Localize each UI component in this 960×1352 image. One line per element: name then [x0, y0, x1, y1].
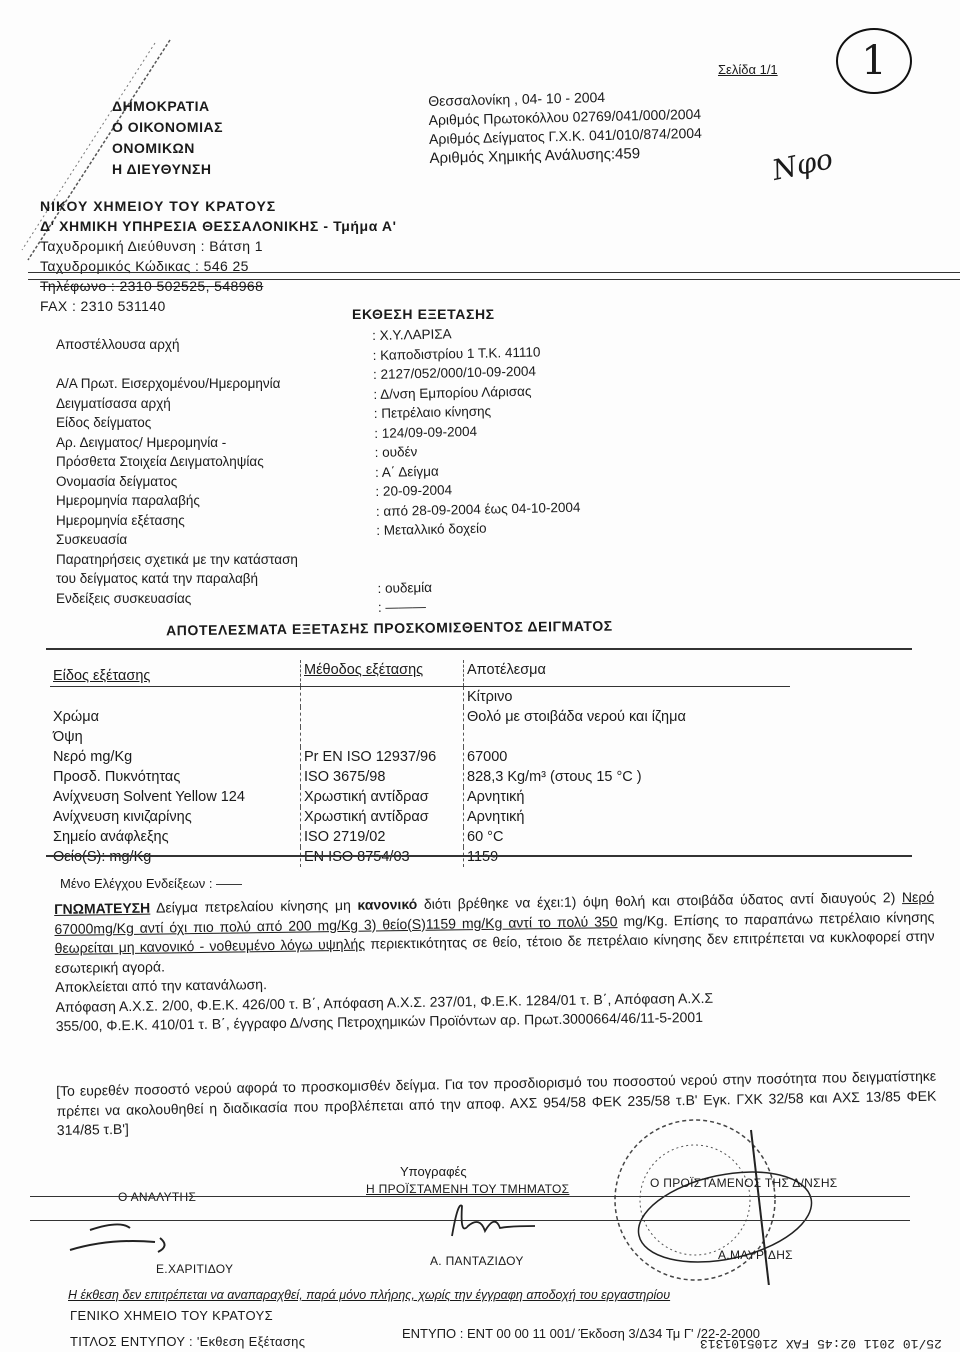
- table-row: Θείο(S): mg/KgEN ISO 8754/031159: [50, 847, 790, 867]
- head-dept-name: Α. ΠΑΝΤΑΖΙΔΟΥ: [430, 1254, 524, 1268]
- reference-block: Θεσσαλονίκη , 04- 10 - 2004 Αριθμός Πρωτ…: [428, 86, 702, 168]
- field-label: Αποστέλλουσα αρχή: [56, 335, 298, 355]
- field-label: Είδος δείγματος: [56, 413, 298, 433]
- head-dept-signature: [440, 1196, 560, 1246]
- field-labels: Αποστέλλουσα αρχή Α/Α Πρωτ. Εισερχομένου…: [56, 335, 298, 608]
- method-cell: Χρωστική αντίδρασ: [301, 787, 464, 807]
- test-type-cell: Προσδ. Πυκνότητας: [50, 767, 301, 787]
- analyst-name: Ε.ΧΑΡΙΤΙΔΟΥ: [156, 1262, 233, 1276]
- results-table: Είδος εξέτασης Μέθοδος εξέτασης Αποτέλεσ…: [50, 660, 790, 867]
- field-value: [376, 536, 581, 578]
- field-label: του δείγματος κατά την παραλαβή: [56, 569, 298, 589]
- table-row: Σημείο ανάφλεξηςISO 2719/0260 °C: [50, 827, 790, 847]
- table-row: Νερό mg/KgPr EN ISO 12937/9667000: [50, 747, 790, 767]
- header-strike-rule: [28, 279, 960, 280]
- phone-value: 2310 502525, 548968: [119, 278, 263, 294]
- field-label: Πρόσθετα Στοιχεία Δειγματοληψίας: [56, 452, 298, 472]
- header-method: Μέθοδος εξέτασης: [301, 660, 464, 687]
- table-row: Ανίχνευση κινιζαρίνηςΧρωστική αντίδρασΑρ…: [50, 807, 790, 827]
- phone-label: Τηλέφωνο :: [40, 278, 115, 294]
- table-row: Όψη: [50, 727, 790, 747]
- indicator-control: Μένο Ελέγχου Ενδείξεων : ——: [60, 876, 242, 891]
- fax-stamp: 25/10 2011 02:45 FAX 2105101313: [700, 1336, 942, 1351]
- field-values: : Χ.Υ.ΛΑΡΙΣΑ : Καποδιστρίου 1 Τ.Κ. 41110…: [372, 322, 583, 618]
- method-cell: EN ISO 8754/03: [301, 847, 464, 867]
- letterhead-line: ΟΝΟΜΙΚΩΝ: [112, 138, 223, 159]
- handwritten-number: 1: [861, 38, 886, 84]
- test-type-cell: Θείο(S): mg/Kg: [50, 847, 301, 867]
- handwritten-note: Νφο: [769, 142, 835, 187]
- field-label: [56, 355, 298, 375]
- reproduction-disclaimer: Η έκθεση δεν επιτρέπεται να αναπαραχθεί,…: [68, 1288, 670, 1302]
- test-type-cell: Σημείο ανάφλεξης: [50, 827, 301, 847]
- test-type-cell: Νερό mg/Kg: [50, 747, 301, 767]
- method-cell: [301, 707, 464, 727]
- director-role: Ο ΠΡΟΪΣΤΑΜΕΝΟΣ ΤΗΣ Δ/ΝΣΗΣ: [650, 1176, 838, 1190]
- footer-org: ΓΕΝΙΚΟ ΧΗΜΕΙΟ ΤΟΥ ΚΡΑΤΟΥΣ: [70, 1308, 273, 1323]
- agency-name: ΝΙΚΟΥ ΧΗΜΕΙΟΥ ΤΟΥ ΚΡΑΤΟΥΣ: [40, 196, 397, 216]
- address-value: Βάτση 1: [209, 238, 263, 254]
- field-label: Α/Α Πρωτ. Εισερχομένου/Ημερομηνία: [56, 374, 298, 394]
- opinion-text: Δείγμα πετρελαίου κίνησης μη: [150, 897, 357, 916]
- field-label: Παρατηρήσεις σχετικά με την κατάσταση: [56, 550, 298, 570]
- result-cell: Θολό με στοιβάδα νερού και ίζημα: [464, 707, 791, 727]
- test-type-cell: Χρώμα: [50, 707, 301, 727]
- method-cell: ISO 2719/02: [301, 827, 464, 847]
- results-header-row: Είδος εξέτασης Μέθοδος εξέτασης Αποτέλεσ…: [50, 660, 790, 687]
- opinion-paragraph: ΓΝΩΜΑΤΕΥΣΗ Δείγμα πετρελαίου κίνησης μη …: [54, 888, 936, 1037]
- field-value: : ———: [378, 594, 583, 618]
- field-label: Ονομασία δείγματος: [56, 472, 298, 492]
- result-cell: 60 °C: [464, 827, 791, 847]
- table-row: Κίτρινο: [50, 687, 790, 708]
- test-type-cell: [50, 687, 301, 708]
- table-row: Ανίχνευση Solvent Yellow 124Χρωστική αντ…: [50, 787, 790, 807]
- method-cell: Pr EN ISO 12937/96: [301, 747, 464, 767]
- result-cell: [464, 727, 791, 747]
- service-name: Δ' ΧΗΜΙΚΗ ΥΠΗΡΕΣΙΑ ΘΕΣΣΑΛΟΝΙΚΗΣ - Τμήμα …: [40, 216, 397, 236]
- results-table-wrap: Είδος εξέτασης Μέθοδος εξέτασης Αποτέλεσ…: [50, 660, 790, 867]
- field-label: Ημερομηνία εξέτασης: [56, 511, 298, 531]
- method-cell: [301, 727, 464, 747]
- director-name: Α.ΜΑΥΡΙΔΗΣ: [718, 1248, 793, 1262]
- test-type-cell: Ανίχνευση Solvent Yellow 124: [50, 787, 301, 807]
- table-row: Προσδ. ΠυκνότηταςISO 3675/98828,3 Kg/m³ …: [50, 767, 790, 787]
- result-cell: 67000: [464, 747, 791, 767]
- fax-value: 2310 531140: [81, 298, 166, 314]
- letterhead: ΔΗΜΟΚΡΑΤΙΑ Ο ΟΙΚΟΝΟΜΙΑΣ ΟΝΟΜΙΚΩΝ Η ΔΙΕΥΘ…: [112, 96, 223, 180]
- page-indicator: Σελίδα 1/1: [718, 62, 778, 77]
- field-label: Δειγματίσασα αρχή: [56, 394, 298, 414]
- result-cell: 1159: [464, 847, 791, 867]
- opinion-text: διότι βρέθηκε να έχει:1) όψη θολή και στ…: [417, 889, 902, 912]
- letterhead-line: Η ΔΙΕΥΘΥΝΣΗ: [112, 159, 223, 180]
- field-label: Αρ. Δειγματος/ Ημερομηνία -: [56, 433, 298, 453]
- header-result: Αποτέλεσμα: [464, 660, 791, 687]
- result-cell: 828,3 Kg/m³ (στους 15 °C ): [464, 767, 791, 787]
- fax-label: FAX :: [40, 298, 76, 314]
- opinion-bold: κανονικό: [357, 896, 417, 913]
- result-cell: Αρνητική: [464, 807, 791, 827]
- results-title: ΑΠΟΤΕΛΕΣΜΑΤΑ ΕΞΕΤΑΣΗΣ ΠΡΟΣΚΟΜΙΣΘΕΝΤΟΣ ΔΕ…: [166, 618, 613, 639]
- method-cell: ISO 3675/98: [301, 767, 464, 787]
- method-cell: [301, 687, 464, 708]
- head-dept-role: Η ΠΡΟΪΣΤΑΜΕΝΗ ΤΟΥ ΤΜΗΜΑΤΟΣ: [366, 1182, 569, 1196]
- analyst-role: Ο ΑΝΑΛΥΤΗΣ: [118, 1190, 196, 1204]
- test-type-cell: Όψη: [50, 727, 301, 747]
- opinion-text: mg/Kg. Επίσης το παραπάνω πετρέλαιο κίνη…: [617, 908, 934, 928]
- result-cell: Αρνητική: [464, 787, 791, 807]
- analyst-signature: [60, 1218, 180, 1258]
- results-bottom-rule: [46, 855, 912, 857]
- table-row: ΧρώμαΘολό με στοιβάδα νερού και ίζημα: [50, 707, 790, 727]
- result-cell: Κίτρινο: [464, 687, 791, 708]
- opinion-heading: ΓΝΩΜΑΤΕΥΣΗ: [54, 900, 150, 917]
- field-label: Ενδείξεις συσκευασίας: [56, 589, 298, 609]
- letterhead-line: Ο ΟΙΚΟΝΟΜΙΑΣ: [112, 117, 223, 138]
- opinion-underlined: θεωρείται μη κανονικό - νοθευμένο λόγω υ…: [55, 936, 366, 956]
- letterhead-line: ΔΗΜΟΚΡΑΤΙΑ: [112, 96, 223, 117]
- form-title: ΤΙΤΛΟΣ ΕΝΤΥΠΟΥ : 'Εκθεση Εξέτασης: [70, 1334, 305, 1349]
- results-top-rule: [46, 648, 912, 650]
- header-test-type: Είδος εξέτασης: [50, 660, 301, 687]
- signatures-heading: Υπογραφές: [400, 1164, 467, 1179]
- agency-block: ΝΙΚΟΥ ΧΗΜΕΙΟΥ ΤΟΥ ΚΡΑΤΟΥΣ Δ' ΧΗΜΙΚΗ ΥΠΗΡ…: [40, 196, 397, 316]
- method-cell: Χρωστική αντίδρασ: [301, 807, 464, 827]
- circled-page-number: 1: [836, 28, 912, 94]
- field-label: Συσκευασία: [56, 530, 298, 550]
- field-label: Ημερομηνία παραλαβής: [56, 491, 298, 511]
- test-type-cell: Ανίχνευση κινιζαρίνης: [50, 807, 301, 827]
- report-title: ΕΚΘΕΣΗ ΕΞΕΤΑΣΗΣ: [352, 306, 495, 322]
- header-strike-rule: [28, 272, 960, 273]
- address-label: Ταχυδρομική Διεύθυνση :: [40, 238, 205, 254]
